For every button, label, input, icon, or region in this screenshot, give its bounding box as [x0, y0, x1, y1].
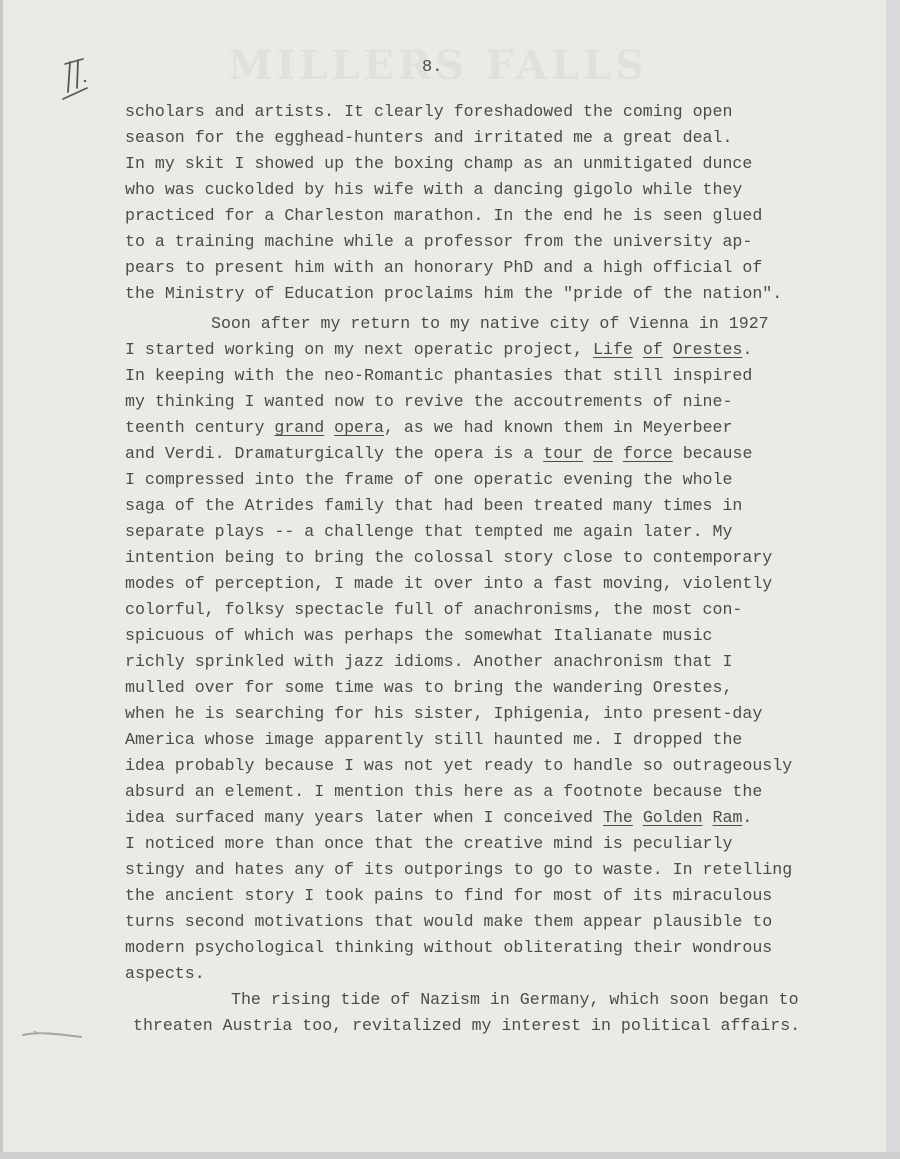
text-line: intention being to bring the colossal st… [125, 545, 855, 571]
text-line: colorful, folksy spectacle full of anach… [125, 597, 855, 623]
text-segment: my thinking I wanted now to revive the a… [125, 392, 732, 411]
text-segment: The rising tide of Nazism in Germany, wh… [231, 990, 799, 1009]
text-line: who was cuckolded by his wife with a dan… [125, 177, 855, 203]
text-line: modes of perception, I made it over into… [125, 571, 855, 597]
text-line: America whose image apparently still hau… [125, 727, 855, 753]
text-segment: aspects. [125, 964, 205, 983]
text-line: practiced for a Charleston marathon. In … [125, 203, 855, 229]
text-segment: the ancient story I took pains to find f… [125, 886, 772, 905]
text-segment [633, 808, 643, 827]
text-line: the ancient story I took pains to find f… [125, 883, 855, 909]
text-segment: Soon after my return to my native city o… [211, 314, 769, 333]
text-segment: practiced for a Charleston marathon. In … [125, 206, 762, 225]
text-segment: richly sprinkled with jazz idioms. Anoth… [125, 652, 732, 671]
text-segment: intention being to bring the colossal st… [125, 548, 772, 567]
body-text: scholars and artists. It clearly foresha… [125, 99, 855, 1039]
text-segment: spicuous of which was perhaps the somewh… [125, 626, 713, 645]
text-line: pears to present him with an honorary Ph… [125, 255, 855, 281]
text-line: saga of the Atrides family that had been… [125, 493, 855, 519]
text-segment: to a training machine while a professor … [125, 232, 752, 251]
text-line: I started working on my next operatic pr… [125, 337, 855, 363]
underlined-title-word: Golden [643, 808, 703, 827]
handwritten-roman-numeral-ii-mark [61, 56, 101, 102]
text-segment: absurd an element. I mention this here a… [125, 782, 762, 801]
text-segment: threaten Austria too, revitalized my int… [133, 1016, 800, 1035]
underlined-title-word: Life [593, 340, 633, 359]
text-segment: I started working on my next operatic pr… [125, 340, 593, 359]
text-line: aspects. [125, 961, 855, 987]
underlined-title-word: de [593, 444, 613, 463]
page-number: 8. [422, 58, 442, 77]
page-edge-right [886, 0, 900, 1159]
text-segment: pears to present him with an honorary Ph… [125, 258, 762, 277]
text-segment: I compressed into the frame of one opera… [125, 470, 732, 489]
text-segment [583, 444, 593, 463]
text-segment: the Ministry of Education proclaims him … [125, 284, 782, 303]
pencil-margin-stroke [21, 1027, 83, 1041]
text-segment: when he is searching for his sister, Iph… [125, 704, 762, 723]
text-segment: because [673, 444, 753, 463]
text-line: mulled over for some time was to bring t… [125, 675, 855, 701]
text-segment [324, 418, 334, 437]
text-segment: In keeping with the neo-Romantic phantas… [125, 366, 752, 385]
underlined-title-word: grand [274, 418, 324, 437]
text-line: when he is searching for his sister, Iph… [125, 701, 855, 727]
text-segment [633, 340, 643, 359]
underlined-title-word: of [643, 340, 663, 359]
text-line: my thinking I wanted now to revive the a… [125, 389, 855, 415]
text-segment: scholars and artists. It clearly foresha… [125, 102, 732, 121]
text-segment: colorful, folksy spectacle full of anach… [125, 600, 742, 619]
text-line: In keeping with the neo-Romantic phantas… [125, 363, 855, 389]
text-line: modern psychological thinking without ob… [125, 935, 855, 961]
text-line: turns second motivations that would make… [125, 909, 855, 935]
typewritten-page: MILLERS FALLS 8. scholars and artists. I… [0, 0, 886, 1152]
underlined-title-word: force [623, 444, 673, 463]
text-line: richly sprinkled with jazz idioms. Anoth… [125, 649, 855, 675]
text-line: stingy and hates any of its outporings t… [125, 857, 855, 883]
text-line: separate plays -- a challenge that tempt… [125, 519, 855, 545]
text-line: I compressed into the frame of one opera… [125, 467, 855, 493]
text-line: season for the egghead-hunters and irrit… [125, 125, 855, 151]
text-line: idea probably because I was not yet read… [125, 753, 855, 779]
text-line: I noticed more than once that the creati… [125, 831, 855, 857]
text-segment: modes of perception, I made it over into… [125, 574, 772, 593]
text-segment: idea surfaced many years later when I co… [125, 808, 603, 827]
text-line: threaten Austria too, revitalized my int… [125, 1013, 855, 1039]
text-segment: mulled over for some time was to bring t… [125, 678, 732, 697]
text-segment: separate plays -- a challenge that tempt… [125, 522, 732, 541]
text-segment: . [742, 808, 752, 827]
text-segment: stingy and hates any of its outporings t… [125, 860, 792, 879]
page-edge-bottom [0, 1152, 900, 1159]
underlined-title-word: opera [334, 418, 384, 437]
text-line: scholars and artists. It clearly foresha… [125, 99, 855, 125]
text-segment: I noticed more than once that the creati… [125, 834, 732, 853]
text-segment: idea probably because I was not yet read… [125, 756, 792, 775]
text-segment: season for the egghead-hunters and irrit… [125, 128, 732, 147]
underlined-title-word: tour [543, 444, 583, 463]
underlined-title-word: The [603, 808, 633, 827]
underlined-title-word: Orestes [673, 340, 743, 359]
text-line: teenth century grand opera, as we had kn… [125, 415, 855, 441]
text-line: the Ministry of Education proclaims him … [125, 281, 855, 307]
text-segment: modern psychological thinking without ob… [125, 938, 772, 957]
underlined-title-word: Ram [713, 808, 743, 827]
text-segment: , as we had known them in Meyerbeer [384, 418, 733, 437]
text-line: and Verdi. Dramaturgically the opera is … [125, 441, 855, 467]
text-segment: turns second motivations that would make… [125, 912, 772, 931]
text-segment [703, 808, 713, 827]
text-segment: In my skit I showed up the boxing champ … [125, 154, 752, 173]
text-line: Soon after my return to my native city o… [125, 311, 855, 337]
text-line: spicuous of which was perhaps the somewh… [125, 623, 855, 649]
text-line: to a training machine while a professor … [125, 229, 855, 255]
text-segment: . [742, 340, 752, 359]
text-segment: who was cuckolded by his wife with a dan… [125, 180, 742, 199]
text-segment: teenth century [125, 418, 274, 437]
text-segment [613, 444, 623, 463]
text-line: The rising tide of Nazism in Germany, wh… [125, 987, 855, 1013]
text-segment: America whose image apparently still hau… [125, 730, 742, 749]
text-segment [663, 340, 673, 359]
text-line: absurd an element. I mention this here a… [125, 779, 855, 805]
text-segment: saga of the Atrides family that had been… [125, 496, 742, 515]
text-segment: and Verdi. Dramaturgically the opera is … [125, 444, 543, 463]
text-line: In my skit I showed up the boxing champ … [125, 151, 855, 177]
text-line: idea surfaced many years later when I co… [125, 805, 855, 831]
